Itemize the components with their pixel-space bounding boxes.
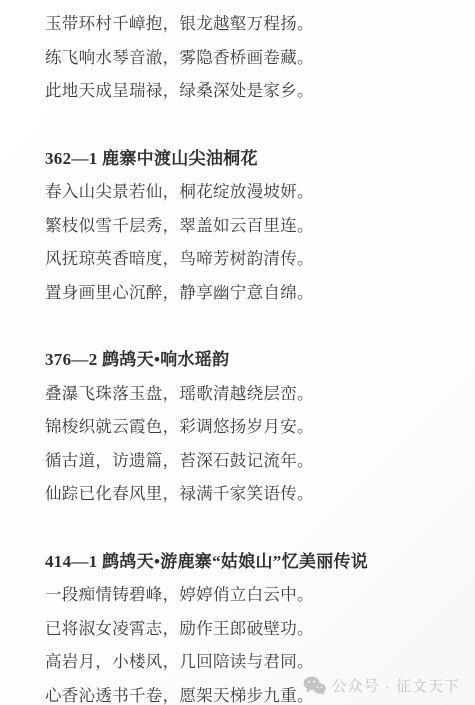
document-page: 玉带环村千嶂抱，银龙越壑万程扬。 练飞响水琴音澈，雾隐香桥画卷藏。 此地天成呈瑞… [0,0,475,705]
poem-line: 此地天成呈瑞禄，绿桑深处是家乡。 [45,74,455,108]
poem-line: 春入山尖景若仙，桐花绽放漫坡妍。 [45,175,455,209]
poem-line: 练飞响水琴音澈，雾隐香桥画卷藏。 [45,41,455,75]
poem-line: 繁枝似雪千层秀，翠盖如云百里连。 [45,209,455,243]
poem-heading: 376—2 鹧鸪天•响水瑶韵 [45,343,455,377]
poem-line: 风抚琼英香暗度，鸟啼芳树韵清传。 [45,242,455,276]
poem-line: 已将淑女凌霄志，励作王郎破壁功。 [45,612,455,646]
poem-section-2: 362—1 鹿寨中渡山尖油桐花 春入山尖景若仙，桐花绽放漫坡妍。 繁枝似雪千层秀… [45,142,455,310]
poem-section-3: 376—2 鹧鸪天•响水瑶韵 叠瀑飞珠落玉盘，瑶歌清越绕层峦。 锦梭织就云霞色，… [45,343,455,511]
poem-heading: 362—1 鹿寨中渡山尖油桐花 [45,142,455,176]
watermark-text: 公众号 · 征文天下 [332,675,460,696]
poem-line: 一段痴情铸碧峰，婷婷俏立白云中。 [45,578,455,612]
poem-section-1: 玉带环村千嶂抱，银龙越壑万程扬。 练飞响水琴音澈，雾隐香桥画卷藏。 此地天成呈瑞… [45,7,455,108]
poem-line: 锦梭织就云霞色，彩调悠扬岁月安。 [45,410,455,444]
watermark: 公众号 · 征文天下 [303,675,460,696]
poem-line: 叠瀑飞珠落玉盘，瑶歌清越绕层峦。 [45,377,455,411]
poem-line: 循古道，访遗篇，苔深石鼓记流年。 [45,444,455,478]
wechat-icon [303,676,326,695]
poem-line: 高岩月，小楼风，几回陪读与君同。 [45,645,455,679]
poem-line: 仙踪已化春风里，禄满千家笑语传。 [45,477,455,511]
poem-line: 玉带环村千嶂抱，银龙越壑万程扬。 [45,7,455,41]
poem-heading: 414—1 鹧鸪天•游鹿寨“姑娘山”忆美丽传说 [45,545,455,579]
poem-line: 置身画里心沉醉，静享幽宁意自绵。 [45,276,455,310]
